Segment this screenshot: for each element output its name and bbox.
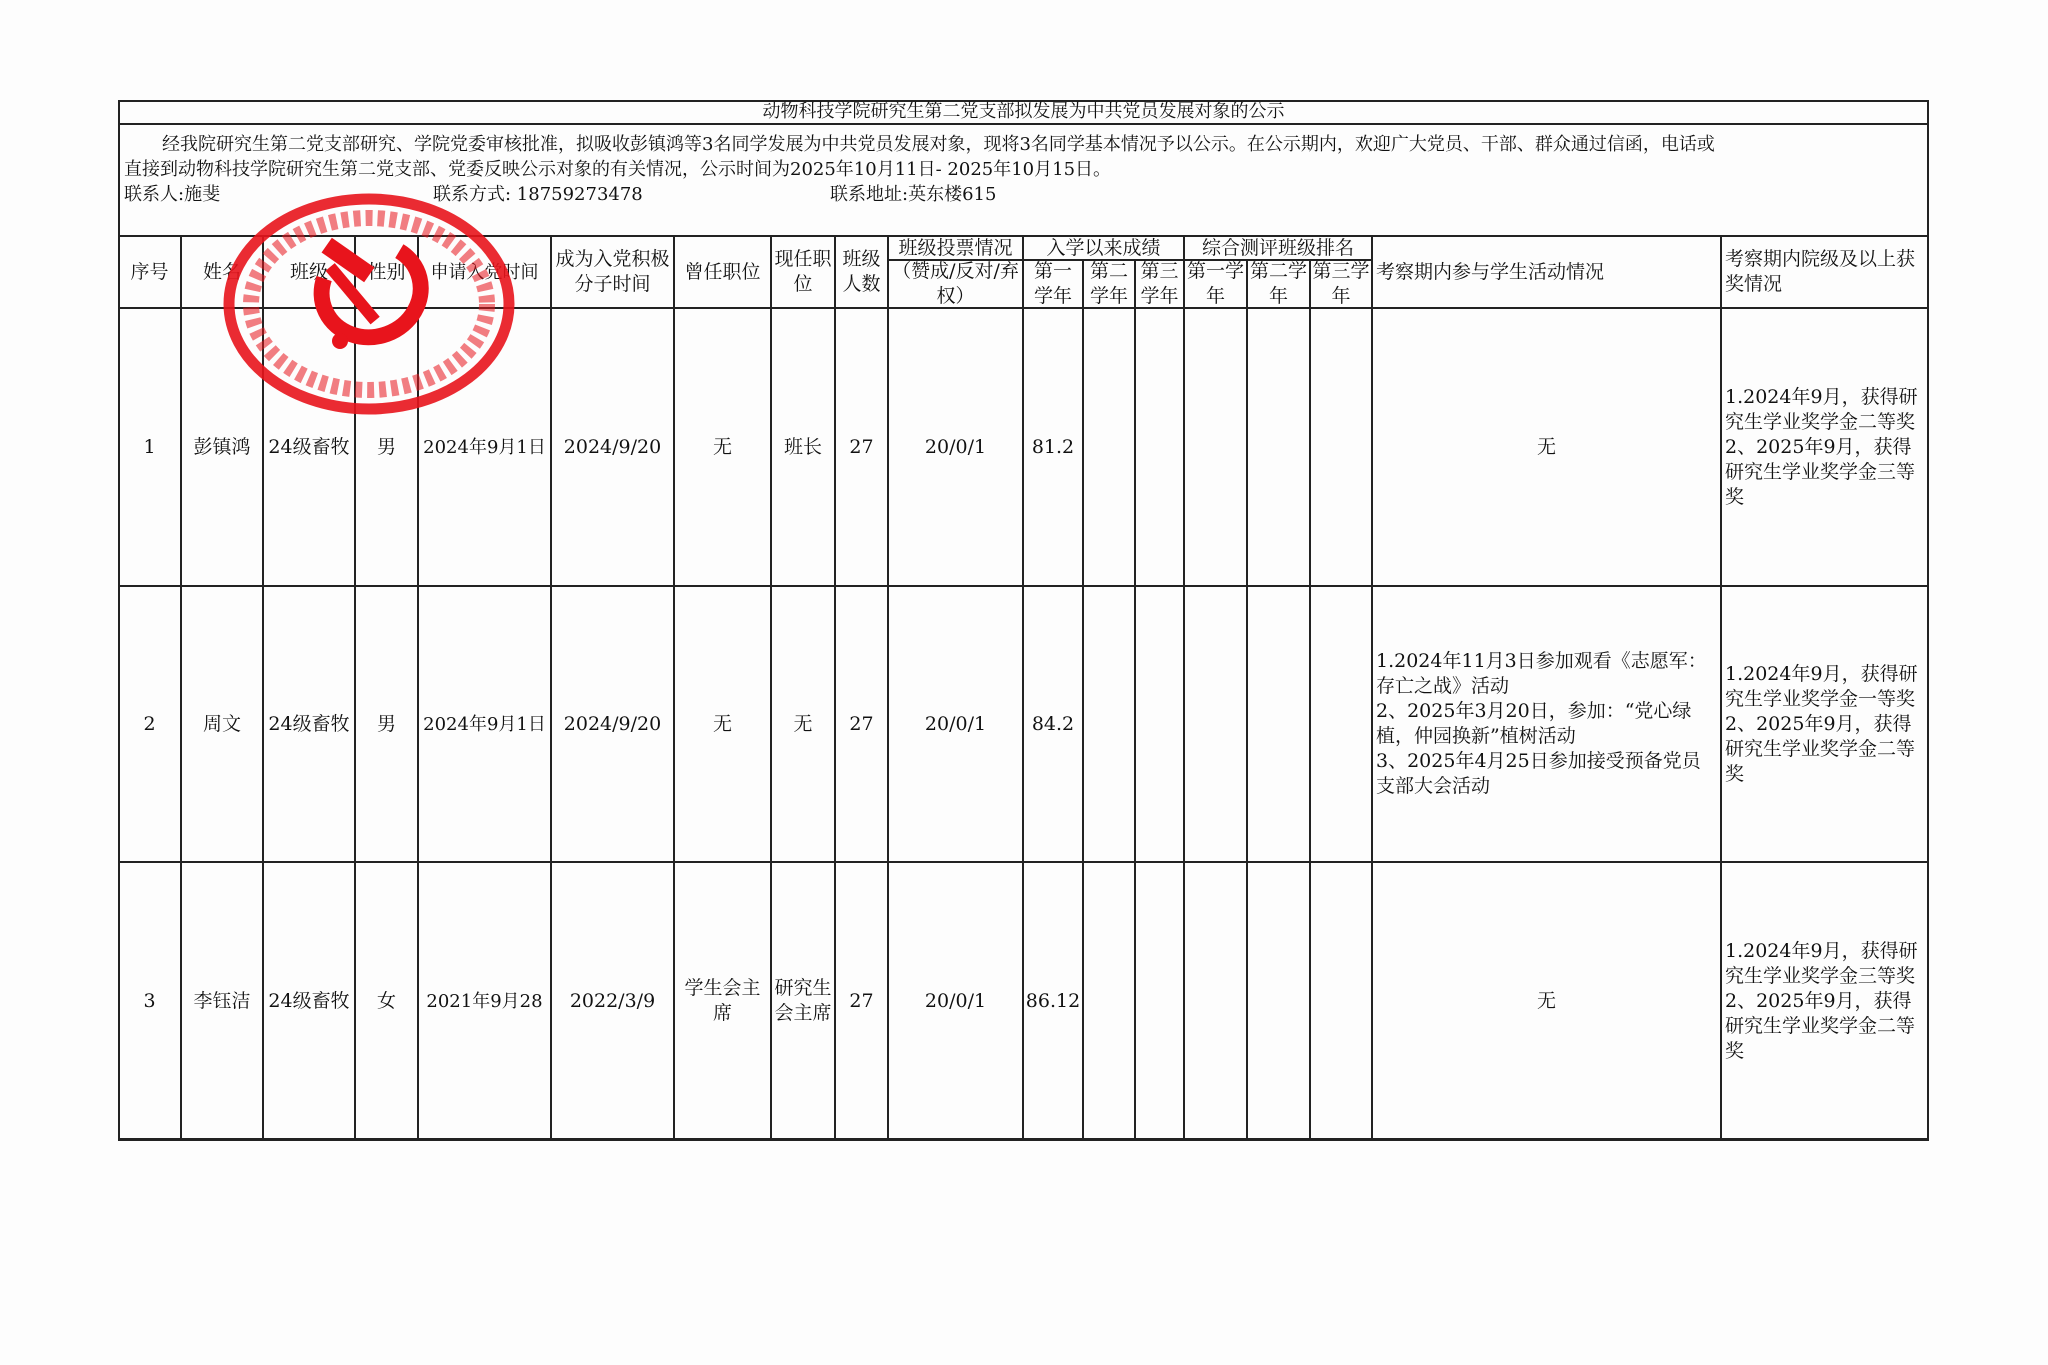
row-2-rank-y3 — [1310, 586, 1372, 862]
row-2-grade-y1-text: 84.2 — [1032, 712, 1074, 737]
header-grades-group: 入学以来成绩 — [1023, 236, 1184, 260]
row-1-former-post: 无 — [674, 308, 771, 586]
row-1-class-size-text: 27 — [849, 435, 873, 460]
row-3-vote: 20/0/1 — [888, 862, 1023, 1140]
header-current-post: 现任职位 — [771, 236, 835, 308]
row-2-grade-y3 — [1135, 586, 1184, 862]
row-2-name-text: 周文 — [203, 712, 241, 737]
row-2-rank-y1 — [1184, 586, 1247, 862]
row-3-rank-y3 — [1310, 862, 1372, 1140]
header-gender: 性别 — [355, 236, 418, 308]
header-grade-y1: 第一学年 — [1023, 260, 1083, 308]
row-3-class-size: 27 — [835, 862, 888, 1140]
header-rank-y1-text: 第一学年 — [1186, 259, 1245, 309]
row-1-rank-y2 — [1247, 308, 1310, 586]
row-3-name-text: 李钰洁 — [193, 989, 250, 1014]
header-apply-date: 申请入党时间 — [418, 236, 551, 308]
row-3-gender: 女 — [355, 862, 418, 1140]
row-2-class-text: 24级畜牧 — [268, 712, 349, 737]
row-1-awards-text: 1.2024年9月，获得研究生学业奖学金二等奖 2、2025年9月，获得研究生学… — [1725, 385, 1927, 510]
header-rank-y2-text: 第二学年 — [1249, 259, 1308, 309]
row-2-former-post: 无 — [674, 586, 771, 862]
header-apply-date-text: 申请入党时间 — [431, 260, 539, 285]
header-rank-y1: 第一学年 — [1184, 260, 1247, 308]
row-3-current-post: 研究生会主席 — [771, 862, 835, 1140]
row-1-grade-y2 — [1083, 308, 1135, 586]
intro-line-2: 直接到动物科技学院研究生第二党支部、党委反映公示对象的有关情况，公示时间为202… — [124, 157, 1924, 182]
notice-text: 经我院研究生第二党支部研究、学院党委审核批准，拟吸收彭镇鸿等3名同学发展为中共党… — [124, 132, 1924, 207]
row-2-activist-date: 2024/9/20 — [551, 586, 674, 862]
row-3-activities-text: 无 — [1537, 989, 1556, 1014]
header-current-post-text: 现任职位 — [773, 247, 833, 297]
row-1-vote: 20/0/1 — [888, 308, 1023, 586]
document-page: 动物科技学院研究生第二党支部拟发展为中共党员发展对象的公示 经我院研究生第二党支… — [0, 0, 2048, 1365]
header-former-post: 曾任职位 — [674, 236, 771, 308]
row-1-activities: 无 — [1372, 308, 1721, 586]
row-3-apply-date-text: 2021年9月28 — [426, 989, 542, 1014]
row-1-activist-date-text: 2024/9/20 — [564, 435, 661, 460]
contact-phone: 联系方式: 18759273478 — [433, 182, 643, 207]
row-1-vote-text: 20/0/1 — [925, 435, 986, 460]
row-1-grade-y1: 81.2 — [1023, 308, 1083, 586]
row-1-current-post-text: 班长 — [784, 435, 822, 460]
header-former-post-text: 曾任职位 — [684, 260, 760, 285]
row-1-gender-text: 男 — [377, 435, 396, 460]
row-1-seq-text: 1 — [143, 435, 155, 460]
row-1-current-post: 班长 — [771, 308, 835, 586]
header-grades-group-text: 入学以来成绩 — [1046, 236, 1160, 261]
header-seq: 序号 — [118, 236, 181, 308]
row-3-seq-text: 3 — [143, 989, 155, 1014]
row-1-gender: 男 — [355, 308, 418, 586]
row-1-rank-y1 — [1184, 308, 1247, 586]
header-activities: 考察期内参与学生活动情况 — [1372, 236, 1721, 308]
header-rank-y3-text: 第三学年 — [1312, 259, 1370, 309]
header-grade-y3-text: 第三学年 — [1137, 259, 1182, 309]
row-1-activist-date: 2024/9/20 — [551, 308, 674, 586]
row-3-rank-y2 — [1247, 862, 1310, 1140]
row-1-former-post-text: 无 — [713, 435, 732, 460]
header-vote-group-text: 班级投票情况 — [898, 236, 1012, 261]
intro-line-1: 经我院研究生第二党支部研究、学院党委审核批准，拟吸收彭镇鸿等3名同学发展为中共党… — [124, 132, 1924, 157]
row-1-class-text: 24级畜牧 — [268, 435, 349, 460]
header-class-text: 班级 — [290, 260, 328, 285]
row-1-activities-text: 无 — [1537, 435, 1556, 460]
row-3-awards: 1.2024年9月，获得研究生学业奖学金三等奖 2、2025年9月，获得研究生学… — [1721, 862, 1929, 1140]
row-2-class-size-text: 27 — [849, 712, 873, 737]
header-rank-y3: 第三学年 — [1310, 260, 1372, 308]
row-3-activist-date-text: 2022/3/9 — [570, 989, 655, 1014]
header-activities-text: 考察期内参与学生活动情况 — [1376, 260, 1604, 285]
header-vote-sub: （赞成/反对/弃权） — [888, 260, 1023, 308]
row-2-current-post: 无 — [771, 586, 835, 862]
row-1-name: 彭镇鸿 — [181, 308, 263, 586]
row-1-grade-y1-text: 81.2 — [1032, 435, 1074, 460]
header-rank-group-text: 综合测评班级排名 — [1202, 236, 1354, 261]
header-vote-group: 班级投票情况 — [888, 236, 1023, 260]
contact-address: 联系地址:英东楼615 — [830, 182, 996, 207]
header-grade-y3: 第三学年 — [1135, 260, 1184, 308]
row-3-grade-y1: 86.12 — [1023, 862, 1083, 1140]
row-3-class-text: 24级畜牧 — [268, 989, 349, 1014]
row-2-awards-text: 1.2024年9月，获得研究生学业奖学金一等奖 2、2025年9月，获得研究生学… — [1725, 662, 1927, 787]
row-1-grade-y3 — [1135, 308, 1184, 586]
contact-line: 联系人:施斐 联系方式: 18759273478 联系地址:英东楼615 — [124, 182, 1924, 207]
row-2-awards: 1.2024年9月，获得研究生学业奖学金一等奖 2、2025年9月，获得研究生学… — [1721, 586, 1929, 862]
row-3-awards-text: 1.2024年9月，获得研究生学业奖学金三等奖 2、2025年9月，获得研究生学… — [1725, 939, 1927, 1064]
row-2-apply-date-text: 2024年9月1日 — [423, 712, 546, 737]
header-activist-date-text: 成为入党积极分子时间 — [553, 247, 672, 297]
row-3-grade-y2 — [1083, 862, 1135, 1140]
row-3-vote-text: 20/0/1 — [925, 989, 986, 1014]
header-seq-text: 序号 — [130, 260, 168, 285]
row-2-class-size: 27 — [835, 586, 888, 862]
row-2-rank-y2 — [1247, 586, 1310, 862]
row-2-former-post-text: 无 — [713, 712, 732, 737]
header-name-text: 姓名 — [203, 260, 241, 285]
header-class: 班级 — [263, 236, 355, 308]
row-3-name: 李钰洁 — [181, 862, 263, 1140]
row-2-vote-text: 20/0/1 — [925, 712, 986, 737]
row-3-activist-date: 2022/3/9 — [551, 862, 674, 1140]
row-3-former-post: 学生会主席 — [674, 862, 771, 1140]
header-activist-date: 成为入党积极分子时间 — [551, 236, 674, 308]
row-3-seq: 3 — [118, 862, 181, 1140]
row-2-seq: 2 — [118, 586, 181, 862]
row-3-grade-y3 — [1135, 862, 1184, 1140]
header-grade-y2-text: 第二学年 — [1085, 259, 1133, 309]
header-awards: 考察期内院级及以上获奖情况 — [1721, 236, 1929, 308]
row-1-seq: 1 — [118, 308, 181, 586]
row-1-apply-date-text: 2024年9月1日 — [423, 435, 546, 460]
header-rank-group: 综合测评班级排名 — [1184, 236, 1372, 260]
row-3-current-post-text: 研究生会主席 — [773, 976, 833, 1026]
header-grade-y2: 第二学年 — [1083, 260, 1135, 308]
row-2-grade-y1: 84.2 — [1023, 586, 1083, 862]
header-rank-y2: 第二学年 — [1247, 260, 1310, 308]
row-2-grade-y2 — [1083, 586, 1135, 862]
header-vote-sub-text: （赞成/反对/弃权） — [890, 259, 1021, 309]
row-3-class-size-text: 27 — [849, 989, 873, 1014]
row-2-gender-text: 男 — [377, 712, 396, 737]
row-3-gender-text: 女 — [377, 989, 396, 1014]
row-1-class: 24级畜牧 — [263, 308, 355, 586]
header-class-size-text: 班级人数 — [837, 247, 886, 297]
row-2-class: 24级畜牧 — [263, 586, 355, 862]
row-2-activist-date-text: 2024/9/20 — [564, 712, 661, 737]
row-2-activities: 1.2024年11月3日参加观看《志愿军：存亡之战》活动 2、2025年3月20… — [1372, 586, 1721, 862]
row-2-gender: 男 — [355, 586, 418, 862]
row-1-class-size: 27 — [835, 308, 888, 586]
header-name: 姓名 — [181, 236, 263, 308]
contact-person: 联系人:施斐 — [124, 182, 220, 207]
row-2-activities-text: 1.2024年11月3日参加观看《志愿军：存亡之战》活动 2、2025年3月20… — [1376, 649, 1719, 799]
row-3-rank-y1 — [1184, 862, 1247, 1140]
document-title: 动物科技学院研究生第二党支部拟发展为中共党员发展对象的公示 — [118, 100, 1929, 124]
header-awards-text: 考察期内院级及以上获奖情况 — [1725, 247, 1927, 297]
row-2-seq-text: 2 — [143, 712, 155, 737]
header-gender-text: 性别 — [367, 260, 405, 285]
row-1-awards: 1.2024年9月，获得研究生学业奖学金二等奖 2、2025年9月，获得研究生学… — [1721, 308, 1929, 586]
row-2-current-post-text: 无 — [793, 712, 812, 737]
row-3-grade-y1-text: 86.12 — [1026, 989, 1080, 1014]
row-3-class: 24级畜牧 — [263, 862, 355, 1140]
row-3-former-post-text: 学生会主席 — [676, 976, 769, 1026]
row-2-vote: 20/0/1 — [888, 586, 1023, 862]
header-grade-y1-text: 第一学年 — [1025, 259, 1081, 309]
row-1-name-text: 彭镇鸿 — [193, 435, 250, 460]
row-2-name: 周文 — [181, 586, 263, 862]
row-3-apply-date: 2021年9月28 — [418, 862, 551, 1140]
row-1-apply-date: 2024年9月1日 — [418, 308, 551, 586]
row-3-activities: 无 — [1372, 862, 1721, 1140]
row-1-rank-y3 — [1310, 308, 1372, 586]
row-2-apply-date: 2024年9月1日 — [418, 586, 551, 862]
header-class-size: 班级人数 — [835, 236, 888, 308]
